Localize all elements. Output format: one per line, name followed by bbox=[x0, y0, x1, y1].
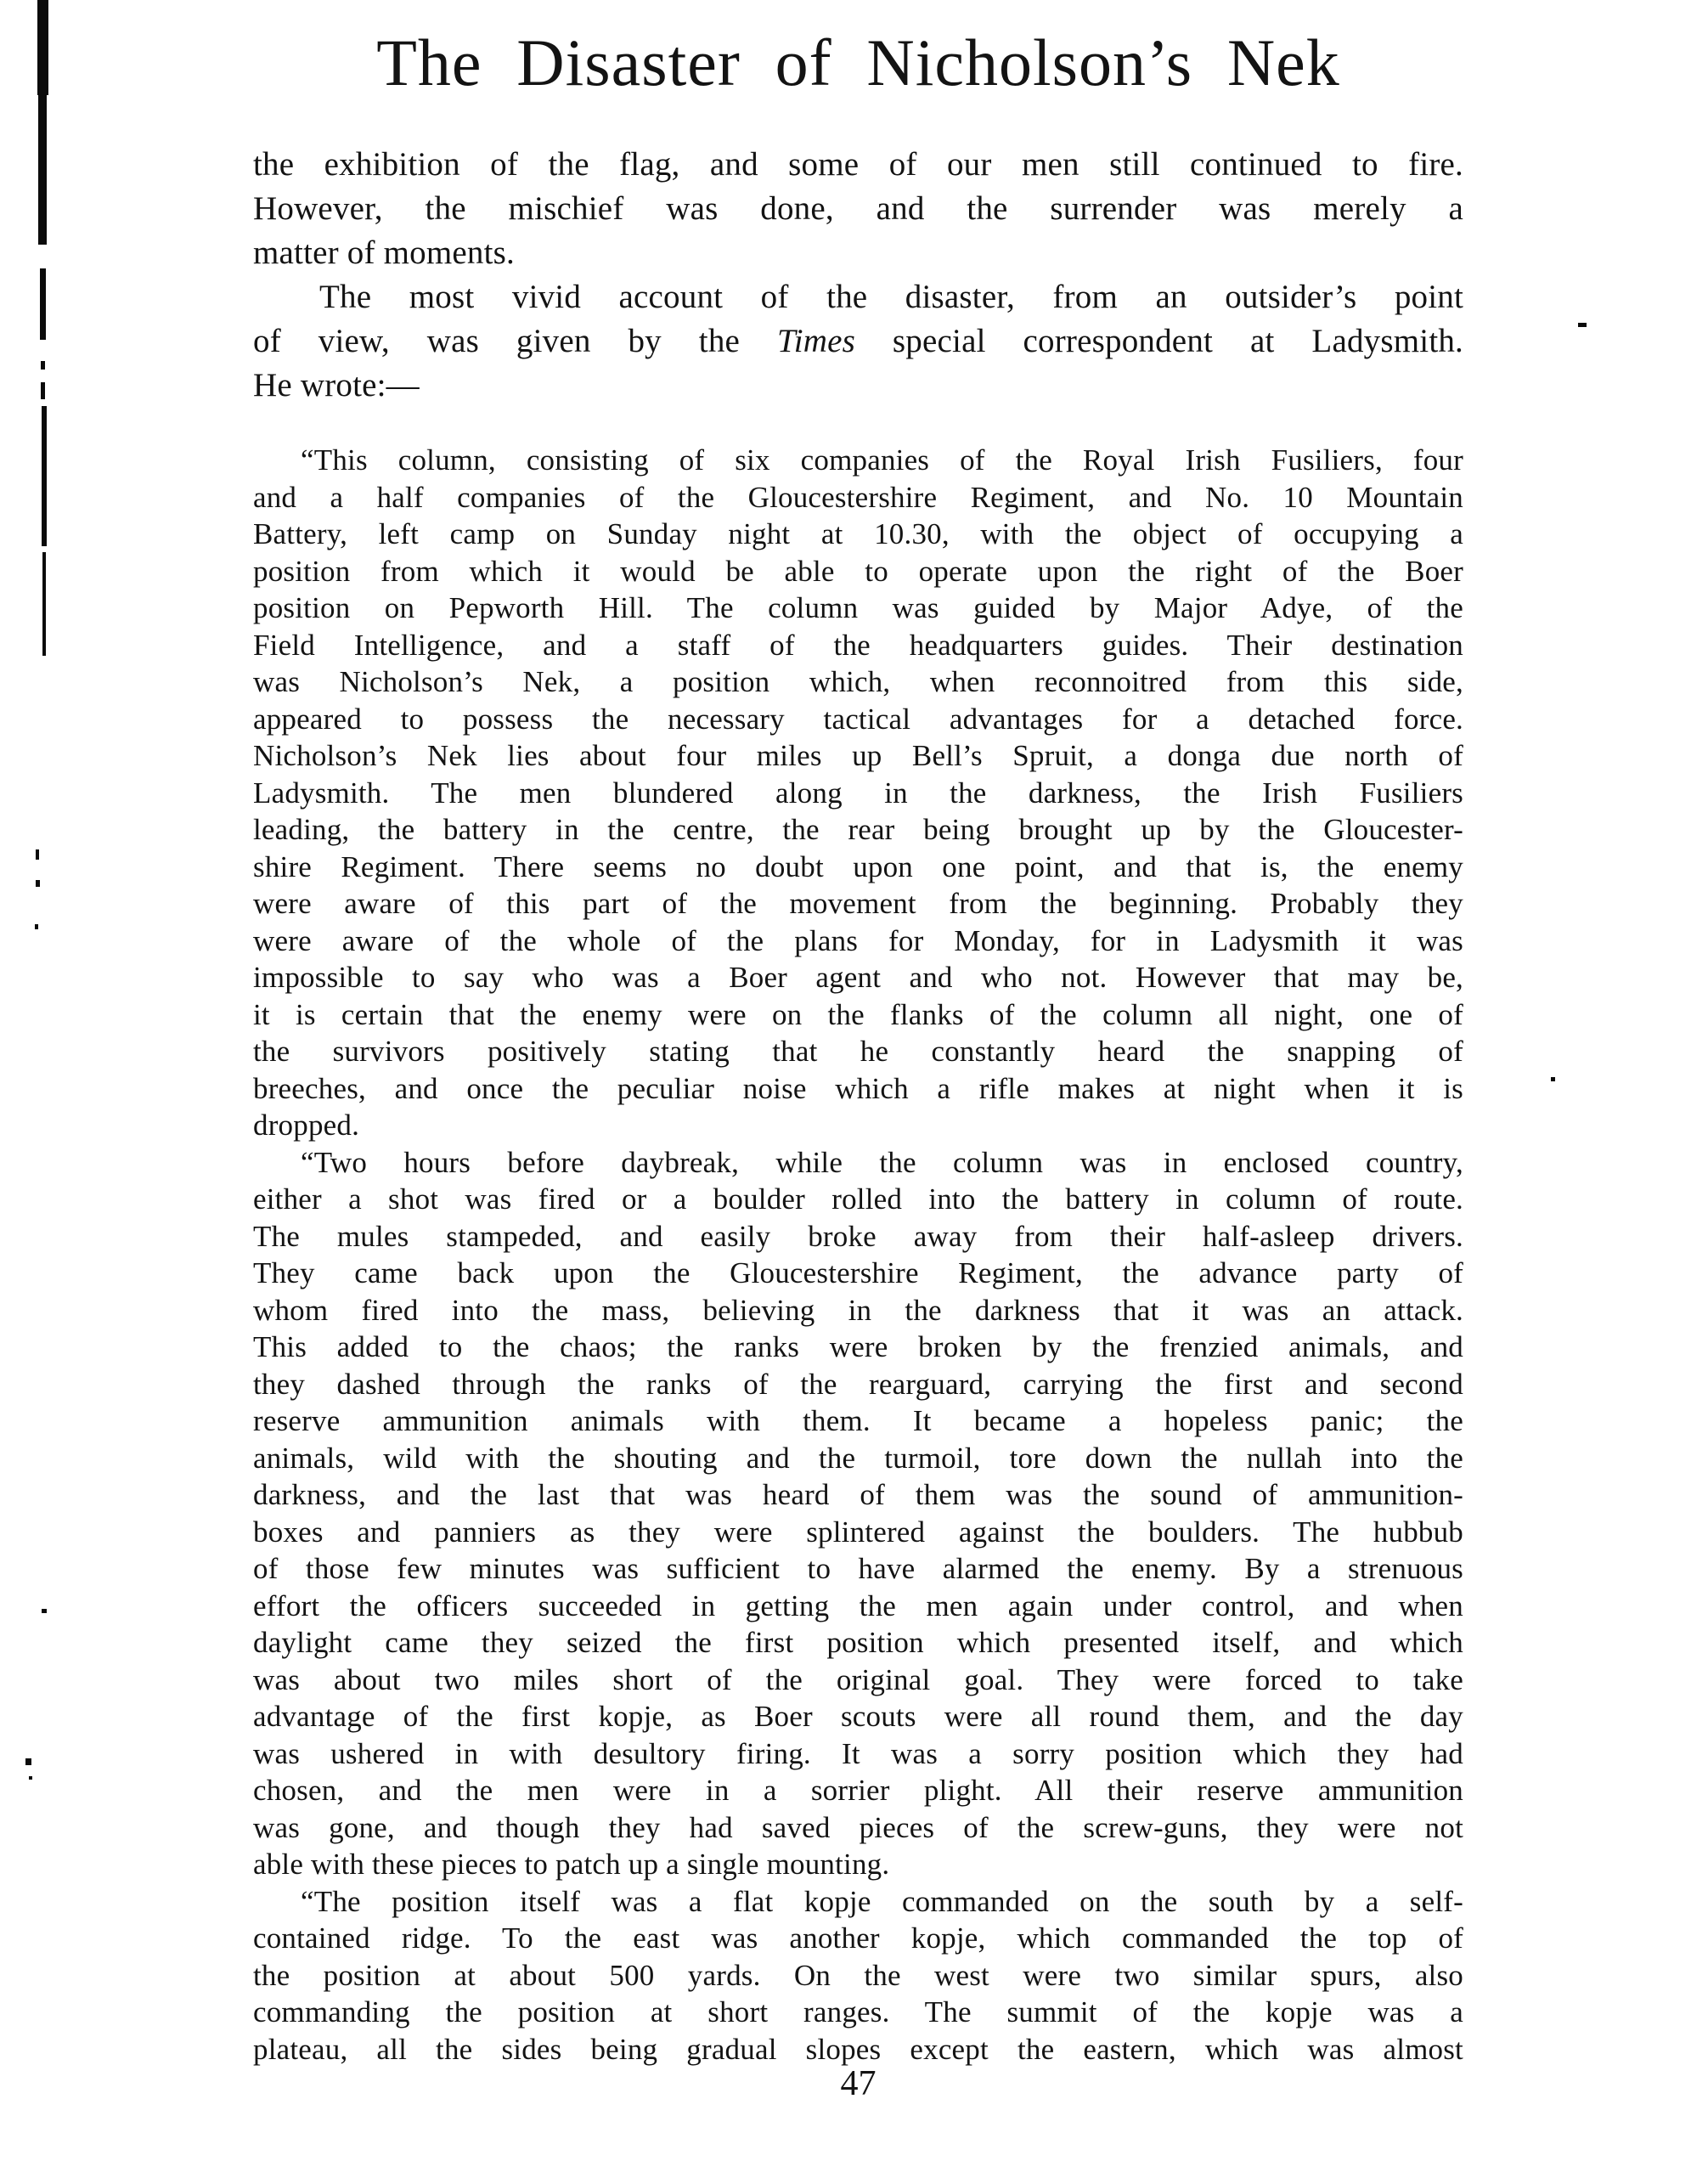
text-line: “The position itself was a flat kopje co… bbox=[253, 1883, 1463, 1921]
text-line: They came back upon the Gloucestershire … bbox=[253, 1255, 1463, 1292]
text-line: The most vivid account of the disaster, … bbox=[253, 275, 1463, 319]
scan-artifact-mark bbox=[25, 1758, 31, 1765]
quoted-correspondence-block: “This column, consisting of six companie… bbox=[253, 442, 1463, 2068]
text-line: contained ridge. To the east was another… bbox=[253, 1920, 1463, 1957]
text-line: position on Pepworth Hill. The column wa… bbox=[253, 590, 1463, 627]
text-line: whom fired into the mass, believing in t… bbox=[253, 1292, 1463, 1329]
scan-artifact-mark bbox=[36, 880, 40, 887]
text-line: “Two hours before daybreak, while the co… bbox=[253, 1144, 1463, 1182]
book-page: The Disaster of Nicholson’s Nek the exhi… bbox=[0, 0, 1708, 2178]
text-line: the exhibition of the flag, and some of … bbox=[253, 143, 1463, 187]
text-line: the position at about 500 yards. On the … bbox=[253, 1957, 1463, 1995]
text-line: leading, the battery in the centre, the … bbox=[253, 811, 1463, 849]
text-line: Ladysmith. The men blundered along in th… bbox=[253, 775, 1463, 812]
text-line: commanding the position at short ranges.… bbox=[253, 1994, 1463, 2031]
text-line: was about two miles short of the origina… bbox=[253, 1662, 1463, 1699]
text-line: were aware of the whole of the plans for… bbox=[253, 923, 1463, 960]
continuation-paragraph: the exhibition of the flag, and some of … bbox=[253, 143, 1463, 275]
text-line: Battery, left camp on Sunday night at 10… bbox=[253, 516, 1463, 553]
text-line: matter of moments. bbox=[253, 231, 1463, 275]
italic-text: Times bbox=[777, 323, 855, 359]
text-line: reserve ammunition animals with them. It… bbox=[253, 1402, 1463, 1440]
text-segment: of view, was given by the bbox=[253, 323, 777, 359]
text-line: animals, wild with the shouting and the … bbox=[253, 1440, 1463, 1477]
text-line: Nicholson’s Nek lies about four miles up… bbox=[253, 737, 1463, 775]
text-line: of those few minutes was sufficient to h… bbox=[253, 1550, 1463, 1588]
text-line: shire Regiment. There seems no doubt upo… bbox=[253, 849, 1463, 886]
text-line: was ushered in with desultory firing. It… bbox=[253, 1735, 1463, 1773]
scan-artifact-mark bbox=[40, 268, 46, 340]
scan-artifact-mark bbox=[38, 95, 47, 245]
scan-artifact-mark bbox=[42, 1609, 47, 1613]
text-line: was Nicholson’s Nek, a position which, w… bbox=[253, 663, 1463, 701]
scan-artifact-mark bbox=[1551, 1077, 1555, 1081]
text-line: appeared to possess the necessary tactic… bbox=[253, 701, 1463, 738]
text-line: darkness, and the last that was heard of… bbox=[253, 1476, 1463, 1514]
text-line: advantage of the first kopje, as Boer sc… bbox=[253, 1698, 1463, 1735]
scan-artifact-mark bbox=[41, 382, 45, 399]
intro-text-block: the exhibition of the flag, and some of … bbox=[253, 143, 1463, 408]
text-line: However, the mischief was done, and the … bbox=[253, 187, 1463, 231]
text-line: He wrote:— bbox=[253, 364, 1463, 408]
text-line: and a half companies of the Gloucestersh… bbox=[253, 479, 1463, 516]
text-line: This added to the chaos; the ranks were … bbox=[253, 1329, 1463, 1366]
text-line: were aware of this part of the movement … bbox=[253, 885, 1463, 923]
page-title: The Disaster of Nicholson’s Nek bbox=[253, 29, 1463, 97]
scan-artifact-mark bbox=[42, 406, 47, 546]
text-line: was gone, and though they had saved piec… bbox=[253, 1809, 1463, 1847]
quote-paragraph-3: “The position itself was a flat kopje co… bbox=[253, 1883, 1463, 2068]
text-segment: special correspondent at Ladysmith. bbox=[855, 323, 1463, 359]
scan-artifact-mark bbox=[42, 552, 46, 656]
quote-paragraph-2: “Two hours before daybreak, while the co… bbox=[253, 1144, 1463, 1883]
page-number: 47 bbox=[253, 2064, 1463, 2103]
scan-artifact-mark bbox=[29, 1776, 32, 1780]
lead-in-paragraph: The most vivid account of the disaster, … bbox=[253, 275, 1463, 408]
text-line: The mules stampeded, and easily broke aw… bbox=[253, 1218, 1463, 1255]
text-line: breeches, and once the peculiar noise wh… bbox=[253, 1070, 1463, 1108]
text-line: chosen, and the men were in a sorrier pl… bbox=[253, 1772, 1463, 1809]
scan-artifact-mark bbox=[1578, 323, 1587, 327]
text-line: Field Intelligence, and a staff of the h… bbox=[253, 627, 1463, 664]
text-line: effort the officers succeeded in getting… bbox=[253, 1588, 1463, 1625]
text-line: able with these pieces to patch up a sin… bbox=[253, 1846, 1463, 1883]
text-line: “This column, consisting of six companie… bbox=[253, 442, 1463, 479]
text-line: position from which it would be able to … bbox=[253, 553, 1463, 590]
text-line: daylight came they seized the first posi… bbox=[253, 1624, 1463, 1662]
text-line: of view, was given by the Times special … bbox=[253, 319, 1463, 364]
text-line: impossible to say who was a Boer agent a… bbox=[253, 959, 1463, 996]
scan-artifact-mark bbox=[36, 849, 39, 860]
scan-artifact-mark bbox=[41, 361, 45, 370]
text-line: dropped. bbox=[253, 1107, 1463, 1144]
text-line: plateau, all the sides being gradual slo… bbox=[253, 2031, 1463, 2068]
text-line: boxes and panniers as they were splinter… bbox=[253, 1514, 1463, 1551]
text-line: they dashed through the ranks of the rea… bbox=[253, 1366, 1463, 1403]
text-line: it is certain that the enemy were on the… bbox=[253, 996, 1463, 1034]
text-line: the survivors positively stating that he… bbox=[253, 1033, 1463, 1070]
text-line: either a shot was fired or a boulder rol… bbox=[253, 1181, 1463, 1218]
scan-artifact-mark bbox=[35, 924, 38, 929]
quote-paragraph-1: “This column, consisting of six companie… bbox=[253, 442, 1463, 1144]
scan-artifact-mark bbox=[37, 0, 48, 95]
